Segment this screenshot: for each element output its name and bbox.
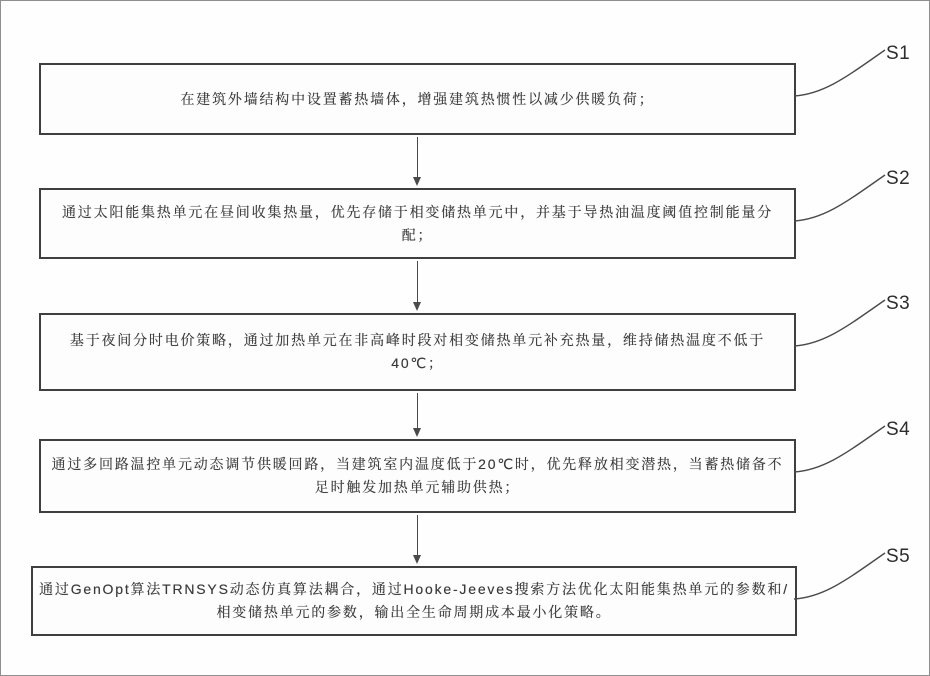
flowchart-figure: 在建筑外墙结构中设置蓄热墙体，增强建筑热惯性以减少供暖负荷； S1 通过太阳能集… (0, 0, 930, 676)
leader-line-s5 (793, 548, 893, 606)
leader-line-s1 (793, 45, 893, 103)
step-box-s3: 基于夜间分时电价策略，通过加热单元在非高峰时段对相变储热单元补充热量，维持储热温… (39, 313, 796, 391)
step-text-s4: 通过多回路温控单元动态调节供暖回路，当建筑室内温度低于20℃时，优先释放相变潜热… (49, 453, 786, 499)
connector-arrow-3 (413, 393, 422, 437)
arrow-shaft (417, 137, 418, 178)
leader-line-s4 (793, 421, 893, 479)
step-label-s2: S2 (886, 168, 910, 190)
arrow-head-icon (413, 428, 421, 437)
step-label-s3: S3 (886, 293, 910, 315)
arrow-head-icon (413, 177, 421, 186)
arrow-shaft (417, 515, 418, 556)
leader-line-s2 (793, 170, 893, 228)
arrow-shaft (417, 393, 418, 429)
connector-arrow-1 (413, 137, 422, 186)
step-label-s4: S4 (886, 419, 910, 441)
step-text-s1: 在建筑外墙结构中设置蓄热墙体，增强建筑热惯性以减少供暖负荷； (181, 88, 655, 111)
step-text-s2: 通过太阳能集热单元在昼间收集热量，优先存储于相变储热单元中，并基于导热油温度阈值… (49, 201, 786, 247)
arrow-head-icon (413, 302, 421, 311)
step-text-s5: 通过GenOpt算法TRNSYS动态仿真算法耦合，通过Hooke-Jeeves搜… (39, 578, 789, 624)
step-text-s3: 基于夜间分时电价策略，通过加热单元在非高峰时段对相变储热单元补充热量，维持储热温… (49, 329, 786, 375)
step-label-s1: S1 (886, 43, 910, 65)
arrow-head-icon (413, 555, 421, 564)
connector-arrow-2 (413, 261, 422, 311)
step-box-s2: 通过太阳能集热单元在昼间收集热量，优先存储于相变储热单元中，并基于导热油温度阈值… (39, 188, 796, 259)
step-box-s5: 通过GenOpt算法TRNSYS动态仿真算法耦合，通过Hooke-Jeeves搜… (31, 566, 797, 636)
leader-line-s3 (793, 295, 893, 353)
step-box-s1: 在建筑外墙结构中设置蓄热墙体，增强建筑热惯性以减少供暖负荷； (39, 63, 796, 135)
connector-arrow-4 (413, 515, 422, 564)
step-label-s5: S5 (886, 546, 910, 568)
arrow-shaft (417, 261, 418, 303)
step-box-s4: 通过多回路温控单元动态调节供暖回路，当建筑室内温度低于20℃时，优先释放相变潜热… (39, 439, 796, 513)
